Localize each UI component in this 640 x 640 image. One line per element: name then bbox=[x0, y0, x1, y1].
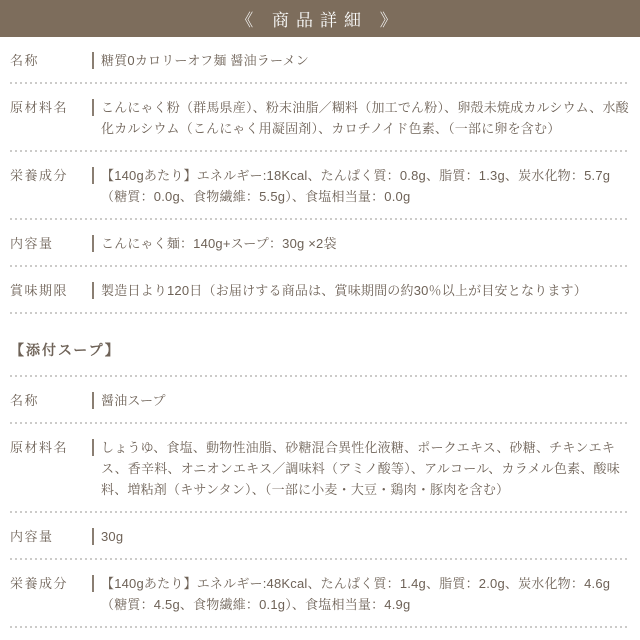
spec-label: 内容量 bbox=[10, 233, 92, 254]
spec-row-soup-name: 名称 醤油スープ bbox=[10, 377, 630, 422]
spec-label: 賞味期限 bbox=[10, 280, 92, 301]
spec-value: 【140gあたり】エネルギー:48Kcal、たんぱく質：1.4g、脂質：2.0g… bbox=[101, 573, 630, 615]
page-title: 《 商品詳細 》 bbox=[236, 6, 403, 31]
label-value-divider bbox=[92, 167, 94, 184]
label-value-divider bbox=[92, 235, 94, 252]
spec-row-product-name: 名称 糖質0カロリーオフ麺 醤油ラーメン bbox=[10, 37, 630, 82]
product-detail-header: 《 商品詳細 》 bbox=[0, 0, 640, 37]
spec-value: しょうゆ、食塩、動物性油脂、砂糖混合異性化液糖、ポークエキス、砂糖、チキンエキス… bbox=[101, 437, 630, 500]
label-value-divider bbox=[92, 52, 94, 69]
spec-row-soup-net-content: 内容量 30g bbox=[10, 513, 630, 558]
spec-value: 【140gあたり】エネルギー:18Kcal、たんぱく質：0.8g、脂質：1.3g… bbox=[101, 165, 630, 207]
product-detail-page: 《 商品詳細 》 名称 糖質0カロリーオフ麺 醤油ラーメン 原材料名 こんにゃく… bbox=[0, 0, 640, 640]
label-value-divider bbox=[92, 528, 94, 545]
spec-label: 名称 bbox=[10, 390, 92, 411]
spec-value: こんにゃく粉（群馬県産）、粉末油脂／糊料（加工でん粉）、卵殻未焼成カルシウム、水… bbox=[101, 97, 630, 139]
spec-label: 原材料名 bbox=[10, 97, 92, 118]
spec-row-soup-ingredients: 原材料名 しょうゆ、食塩、動物性油脂、砂糖混合異性化液糖、ポークエキス、砂糖、チ… bbox=[10, 424, 630, 511]
spec-label: 栄養成分 bbox=[10, 165, 92, 186]
spec-label: 原材料名 bbox=[10, 437, 92, 458]
label-value-divider bbox=[92, 575, 94, 592]
label-value-divider bbox=[92, 282, 94, 299]
label-value-divider bbox=[92, 439, 94, 456]
spec-value: 30g bbox=[101, 526, 630, 547]
spec-value: 製造日より120日（お届けする商品は、賞味期間の約30％以上が目安となります） bbox=[101, 280, 630, 301]
spec-value: 醤油スープ bbox=[101, 390, 630, 411]
spec-label: 名称 bbox=[10, 50, 92, 71]
spec-row-product-ingredients: 原材料名 こんにゃく粉（群馬県産）、粉末油脂／糊料（加工でん粉）、卵殻未焼成カル… bbox=[10, 84, 630, 150]
spec-value: 糖質0カロリーオフ麺 醤油ラーメン bbox=[101, 50, 630, 71]
spec-table: 名称 糖質0カロリーオフ麺 醤油ラーメン 原材料名 こんにゃく粉（群馬県産）、粉… bbox=[0, 37, 640, 628]
spec-label: 栄養成分 bbox=[10, 573, 92, 594]
soup-section-heading-row: 【添付スープ】 bbox=[10, 314, 630, 375]
spec-row-product-net-content: 内容量 こんにゃく麺：140g+スープ：30g ×2袋 bbox=[10, 220, 630, 265]
spec-row-product-nutrition: 栄養成分 【140gあたり】エネルギー:18Kcal、たんぱく質：0.8g、脂質… bbox=[10, 152, 630, 218]
spec-value: こんにゃく麺：140g+スープ：30g ×2袋 bbox=[101, 233, 630, 254]
label-value-divider bbox=[92, 392, 94, 409]
label-value-divider bbox=[92, 99, 94, 116]
spec-row-soup-nutrition: 栄養成分 【140gあたり】エネルギー:48Kcal、たんぱく質：1.4g、脂質… bbox=[10, 560, 630, 626]
soup-section-heading: 【添付スープ】 bbox=[10, 340, 630, 360]
row-divider bbox=[10, 626, 630, 628]
spec-label: 内容量 bbox=[10, 526, 92, 547]
spec-row-product-best-by: 賞味期限 製造日より120日（お届けする商品は、賞味期間の約30％以上が目安とな… bbox=[10, 267, 630, 312]
